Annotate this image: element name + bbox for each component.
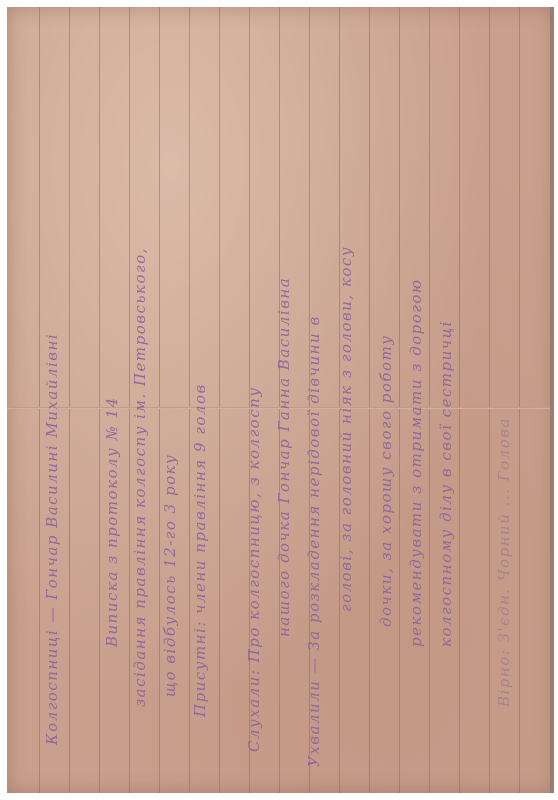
ruled-line [429,7,430,793]
decided-line-4: рекомендувати з отримати з дорогою [407,278,425,647]
ruled-line [369,7,370,793]
ruled-line [99,7,100,793]
ruled-line [489,7,490,793]
decided-line-2: голові, за головний ніяк з голови, косу [337,246,355,612]
extract-heading: Виписка з протоколу № 14 [103,396,121,647]
ruled-line [129,7,130,793]
ruled-line [159,7,160,793]
ruled-line [69,7,70,793]
heard-line: Слухали: Про колгоспницю, з колгоспу [245,387,263,752]
meeting-date-line: що відбулось 12-го 3 року [161,454,179,697]
paper-edge [550,7,554,793]
ruled-line [189,7,190,793]
board-meeting-line: засідання правління колгоспу ім. Петровс… [131,247,149,707]
heard-line-2: нашого дочка Гончар Ганна Василівна [275,277,293,637]
decided-line-3: дочки, за хорошу свого роботу [377,334,395,627]
ruled-line [39,7,40,793]
document-page: Колгоспниці — Гончар Василині Михайлівні… [7,7,554,793]
ruled-line [399,7,400,793]
decided-line: Ухвалили — За розкладення нерідової дівч… [305,315,323,767]
recipient-line: Колгоспниці — Гончар Василині Михайлівні [43,333,61,745]
ruled-line [459,7,460,793]
present-line: Присутні: члени правління 9 голов [191,383,209,717]
signature-line: Вірно: З'єдн. Чорний ... Голова [495,417,513,707]
decided-line-5: колгоспному ділу в свої сестричці [437,320,455,647]
ruled-line [519,7,520,793]
ruled-line [219,7,220,793]
